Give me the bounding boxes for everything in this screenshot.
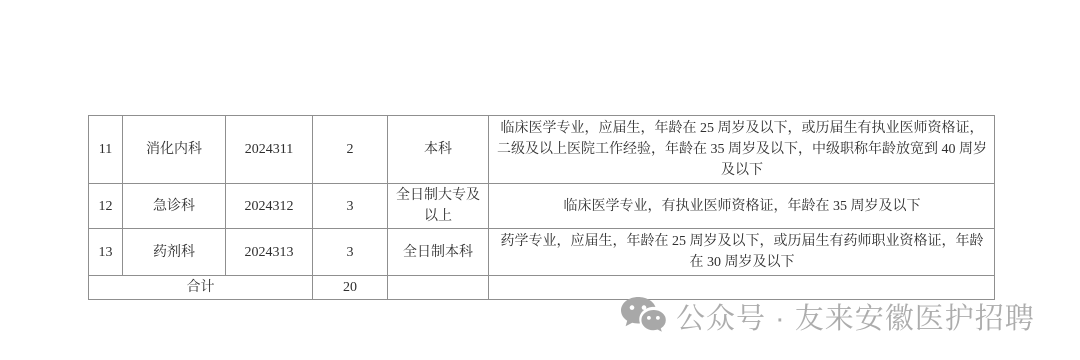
cell-total-label: 合计: [89, 276, 313, 300]
cell-education: 全日制大专及以上: [388, 184, 489, 229]
cell-education: 全日制本科: [388, 229, 489, 276]
cell-department: 药剂科: [123, 229, 226, 276]
cell-requirements: 临床医学专业，应届生，年龄在 25 周岁及以下，或历届生有执业医师资格证，二级及…: [489, 116, 995, 184]
recruitment-table: 11 消化内科 2024311 2 本科 临床医学专业，应届生，年龄在 25 周…: [88, 115, 995, 300]
cell-position-code: 2024311: [226, 116, 313, 184]
cell-position-code: 2024312: [226, 184, 313, 229]
cell-total-headcount: 20: [313, 276, 388, 300]
cell-total-education: [388, 276, 489, 300]
cell-row-number: 12: [89, 184, 123, 229]
cell-headcount: 3: [313, 229, 388, 276]
cell-education: 本科: [388, 116, 489, 184]
cell-department: 急诊科: [123, 184, 226, 229]
table-row-12: 12 急诊科 2024312 3 全日制大专及以上 临床医学专业，有执业医师资格…: [89, 184, 995, 229]
cell-row-number: 11: [89, 116, 123, 184]
cell-requirements: 临床医学专业，有执业医师资格证，年龄在 35 周岁及以下: [489, 184, 995, 229]
page: 11 消化内科 2024311 2 本科 临床医学专业，应届生，年龄在 25 周…: [0, 0, 1080, 360]
cell-requirements: 药学专业，应届生，年龄在 25 周岁及以下，或历届生有药师职业资格证，年龄在 3…: [489, 229, 995, 276]
watermark-footer: 公众号 · 友来安徽医护招聘: [620, 293, 1035, 339]
cell-headcount: 2: [313, 116, 388, 184]
cell-row-number: 13: [89, 229, 123, 276]
table-row-13: 13 药剂科 2024313 3 全日制本科 药学专业，应届生，年龄在 25 周…: [89, 229, 995, 276]
cell-headcount: 3: [313, 184, 388, 229]
table-row-11: 11 消化内科 2024311 2 本科 临床医学专业，应届生，年龄在 25 周…: [89, 116, 995, 184]
watermark-text: 公众号 · 友来安徽医护招聘: [676, 296, 1035, 337]
cell-position-code: 2024313: [226, 229, 313, 276]
wechat-icon: [620, 296, 667, 336]
cell-department: 消化内科: [123, 116, 226, 184]
